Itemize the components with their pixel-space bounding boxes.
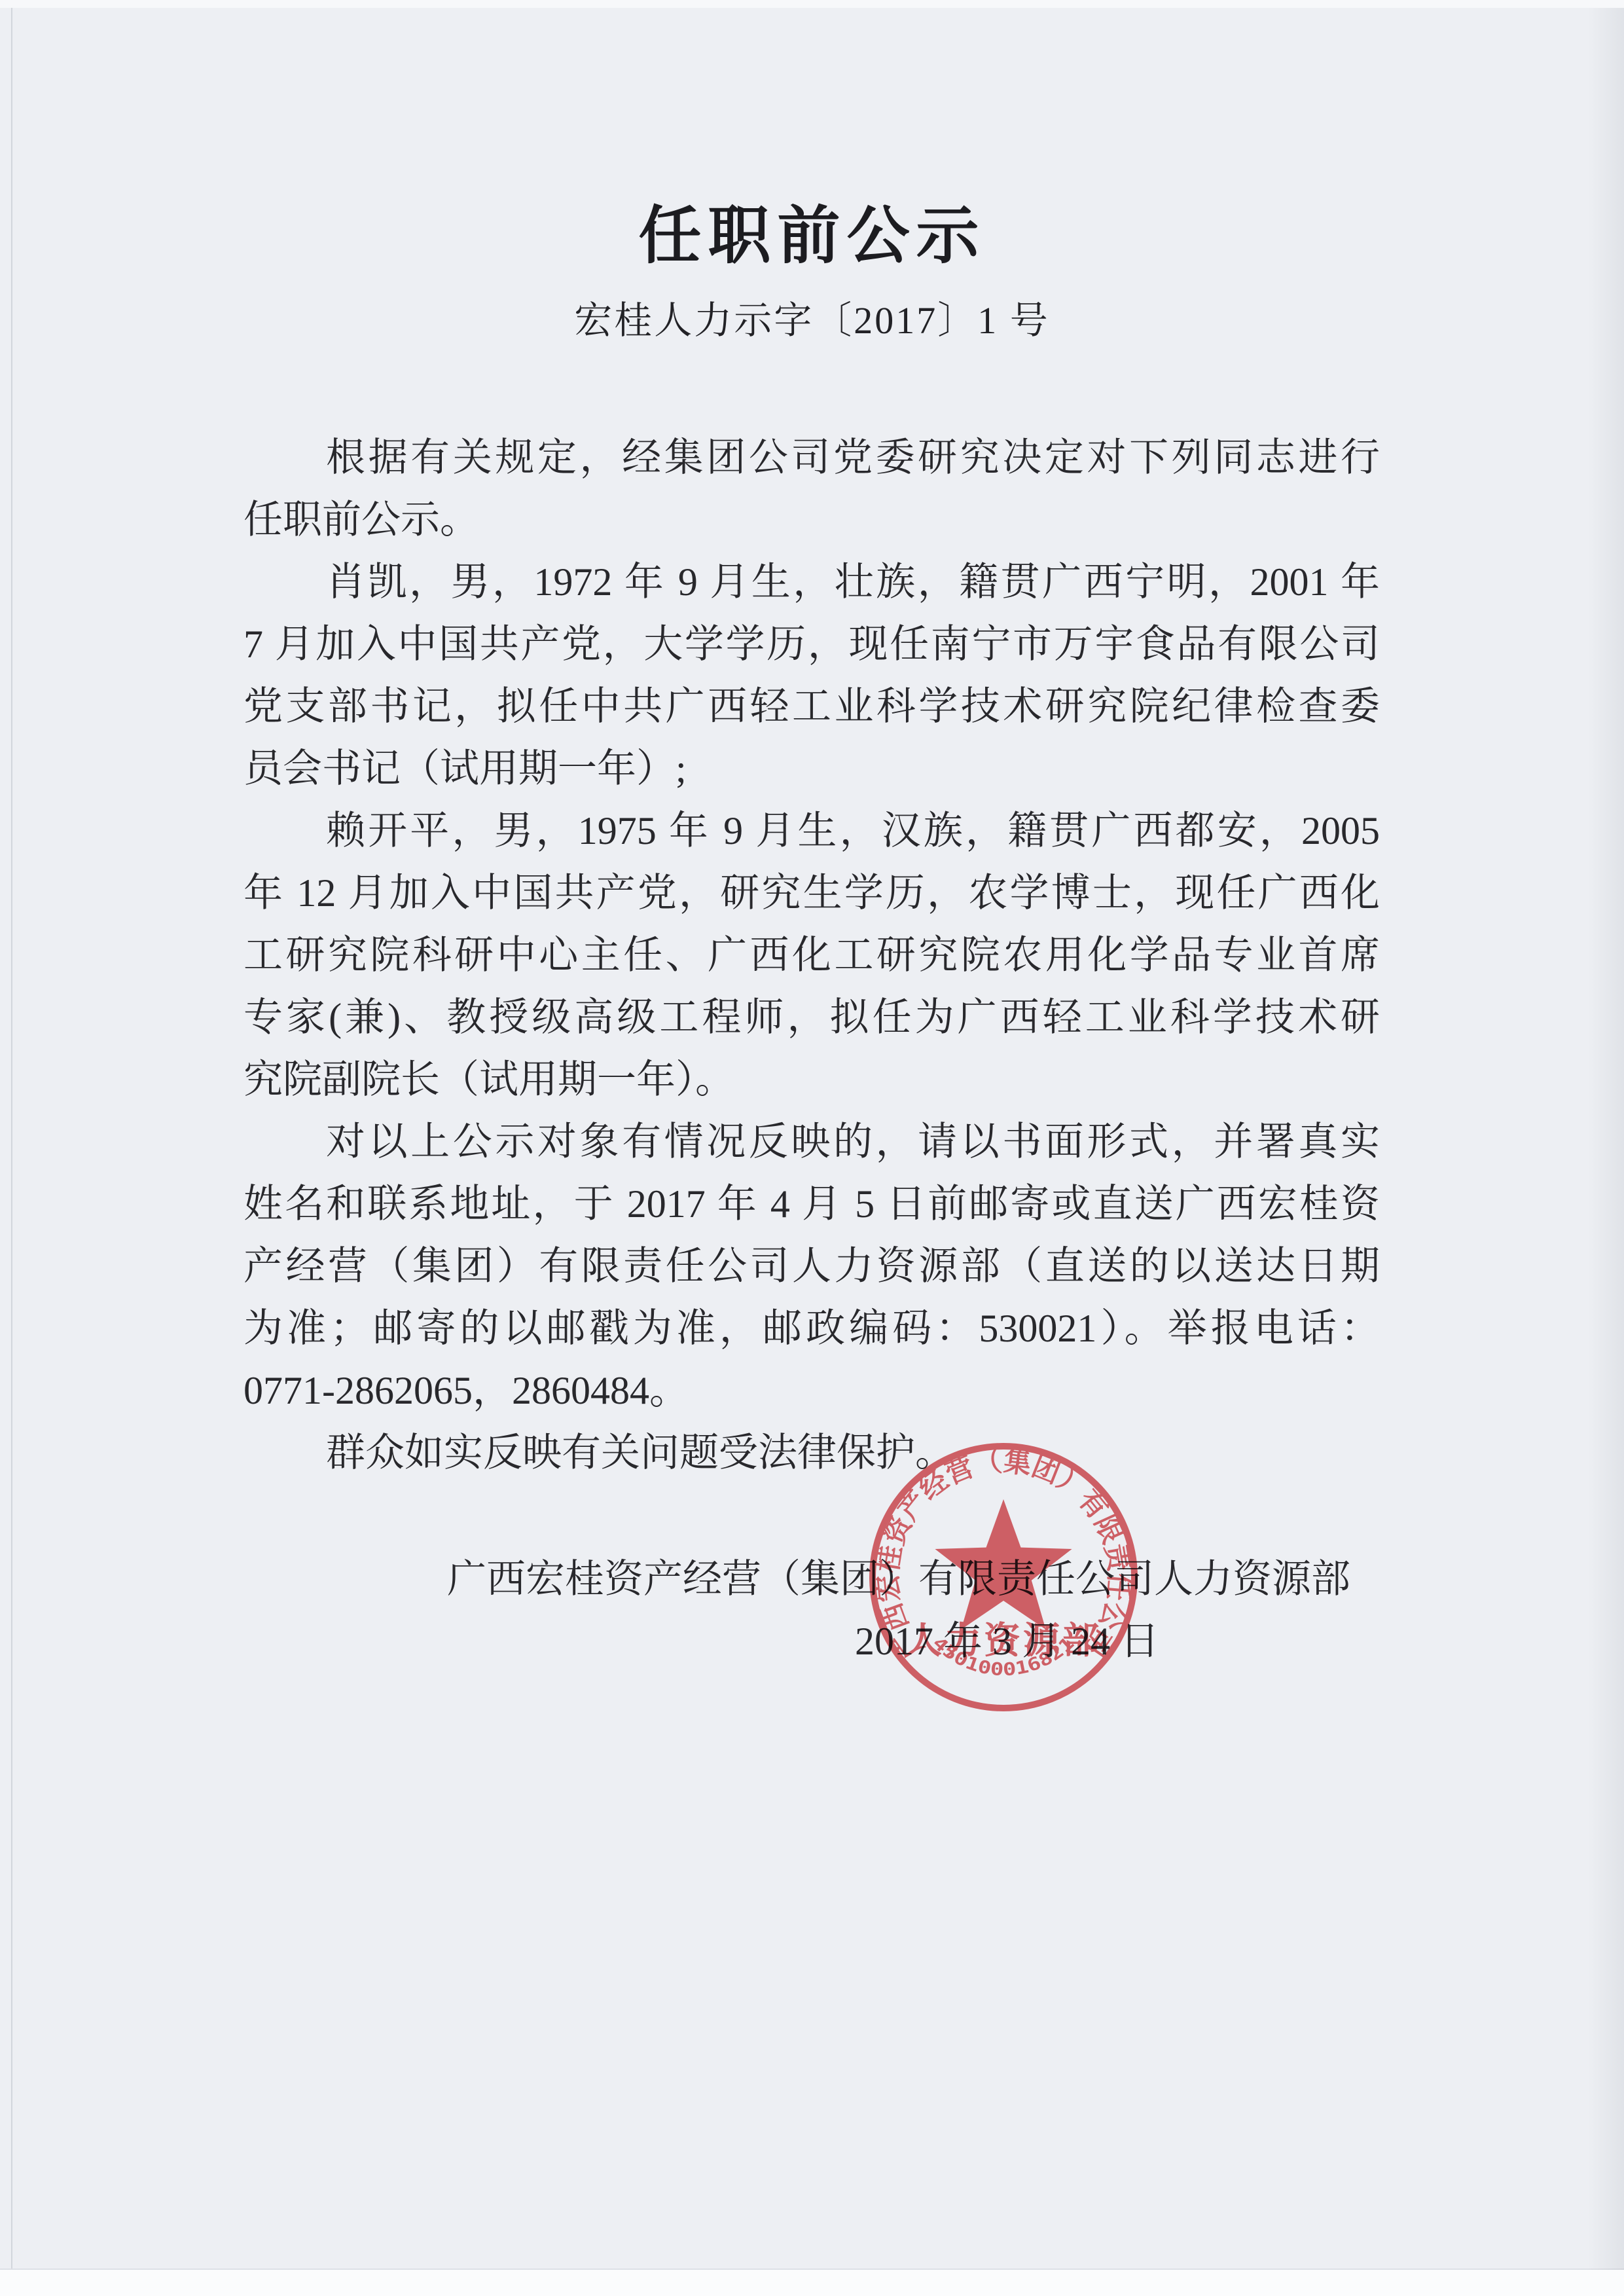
closing-block: 广西宏桂资产经营（集团）有限责任公司人力资源部 2017 年 3 月 24 日 (244, 1548, 1380, 1673)
signature-organization: 广西宏桂资产经营（集团）有限责任公司人力资源部 (244, 1548, 1380, 1611)
document-body: 根据有关规定，经集团公司党委研究决定对下列同志进行任职前公示。肖凯，男，1972… (244, 427, 1380, 1673)
body-line: 年 12 月加入中国共产党，研究生学历，农学博士，现任广西化 (244, 862, 1380, 924)
body-line: 群众如实反映有关问题受法律保护。 (244, 1422, 1380, 1484)
body-line: 姓名和联系地址，于 2017 年 4 月 5 日前邮寄或直送广西宏桂资 (244, 1173, 1380, 1235)
body-line: 赖开平，男，1975 年 9 月生，汉族，籍贯广西都安，2005 (244, 800, 1380, 862)
page-title: 任职前公示 (0, 186, 1624, 276)
signature-date: 2017 年 3 月 24 日 (244, 1611, 1380, 1673)
body-line: 党支部书记，拟任中共广西轻工业科学技术研究院纪律检查委 (244, 676, 1380, 738)
body-line: 任职前公示。 (244, 489, 1380, 551)
body-line: 对以上公示对象有情况反映的，请以书面形式，并署真实 (244, 1111, 1380, 1173)
body-line: 产经营（集团）有限责任公司人力资源部（直送的以送达日期 (244, 1235, 1380, 1298)
scan-edge-bottom (0, 2270, 1624, 2296)
body-line: 究院副院长（试用期一年）。 (244, 1049, 1380, 1111)
scan-artifact-line (11, 8, 12, 2269)
body-line: 员会书记（试用期一年）; (244, 738, 1380, 800)
scan-edge-top (0, 0, 1624, 8)
document-page: 任职前公示 宏桂人力示字〔2017〕1 号 根据有关规定，经集团公司党委研究决定… (0, 0, 1624, 2296)
body-paragraphs: 根据有关规定，经集团公司党委研究决定对下列同志进行任职前公示。肖凯，男，1972… (244, 427, 1380, 1484)
scan-shadow-right (1587, 8, 1624, 2270)
body-line: 专家(兼)、教授级高级工程师，拟任为广西轻工业科学技术研 (244, 987, 1380, 1049)
body-line: 7 月加入中国共产党，大学学历，现任南宁市万宇食品有限公司 (244, 613, 1380, 676)
body-line: 0771-2862065，2860484。 (244, 1360, 1380, 1422)
body-line: 工研究院科研中心主任、广西化工研究院农用化学品专业首席 (244, 924, 1380, 987)
body-line: 肖凯，男，1972 年 9 月生，壮族，籍贯广西宁明，2001 年 (244, 551, 1380, 613)
body-line: 为准；邮寄的以邮戳为准，邮政编码：530021）。举报电话： (244, 1298, 1380, 1360)
document-number: 宏桂人力示字〔2017〕1 号 (0, 289, 1624, 344)
body-line: 根据有关规定，经集团公司党委研究决定对下列同志进行 (244, 427, 1380, 489)
